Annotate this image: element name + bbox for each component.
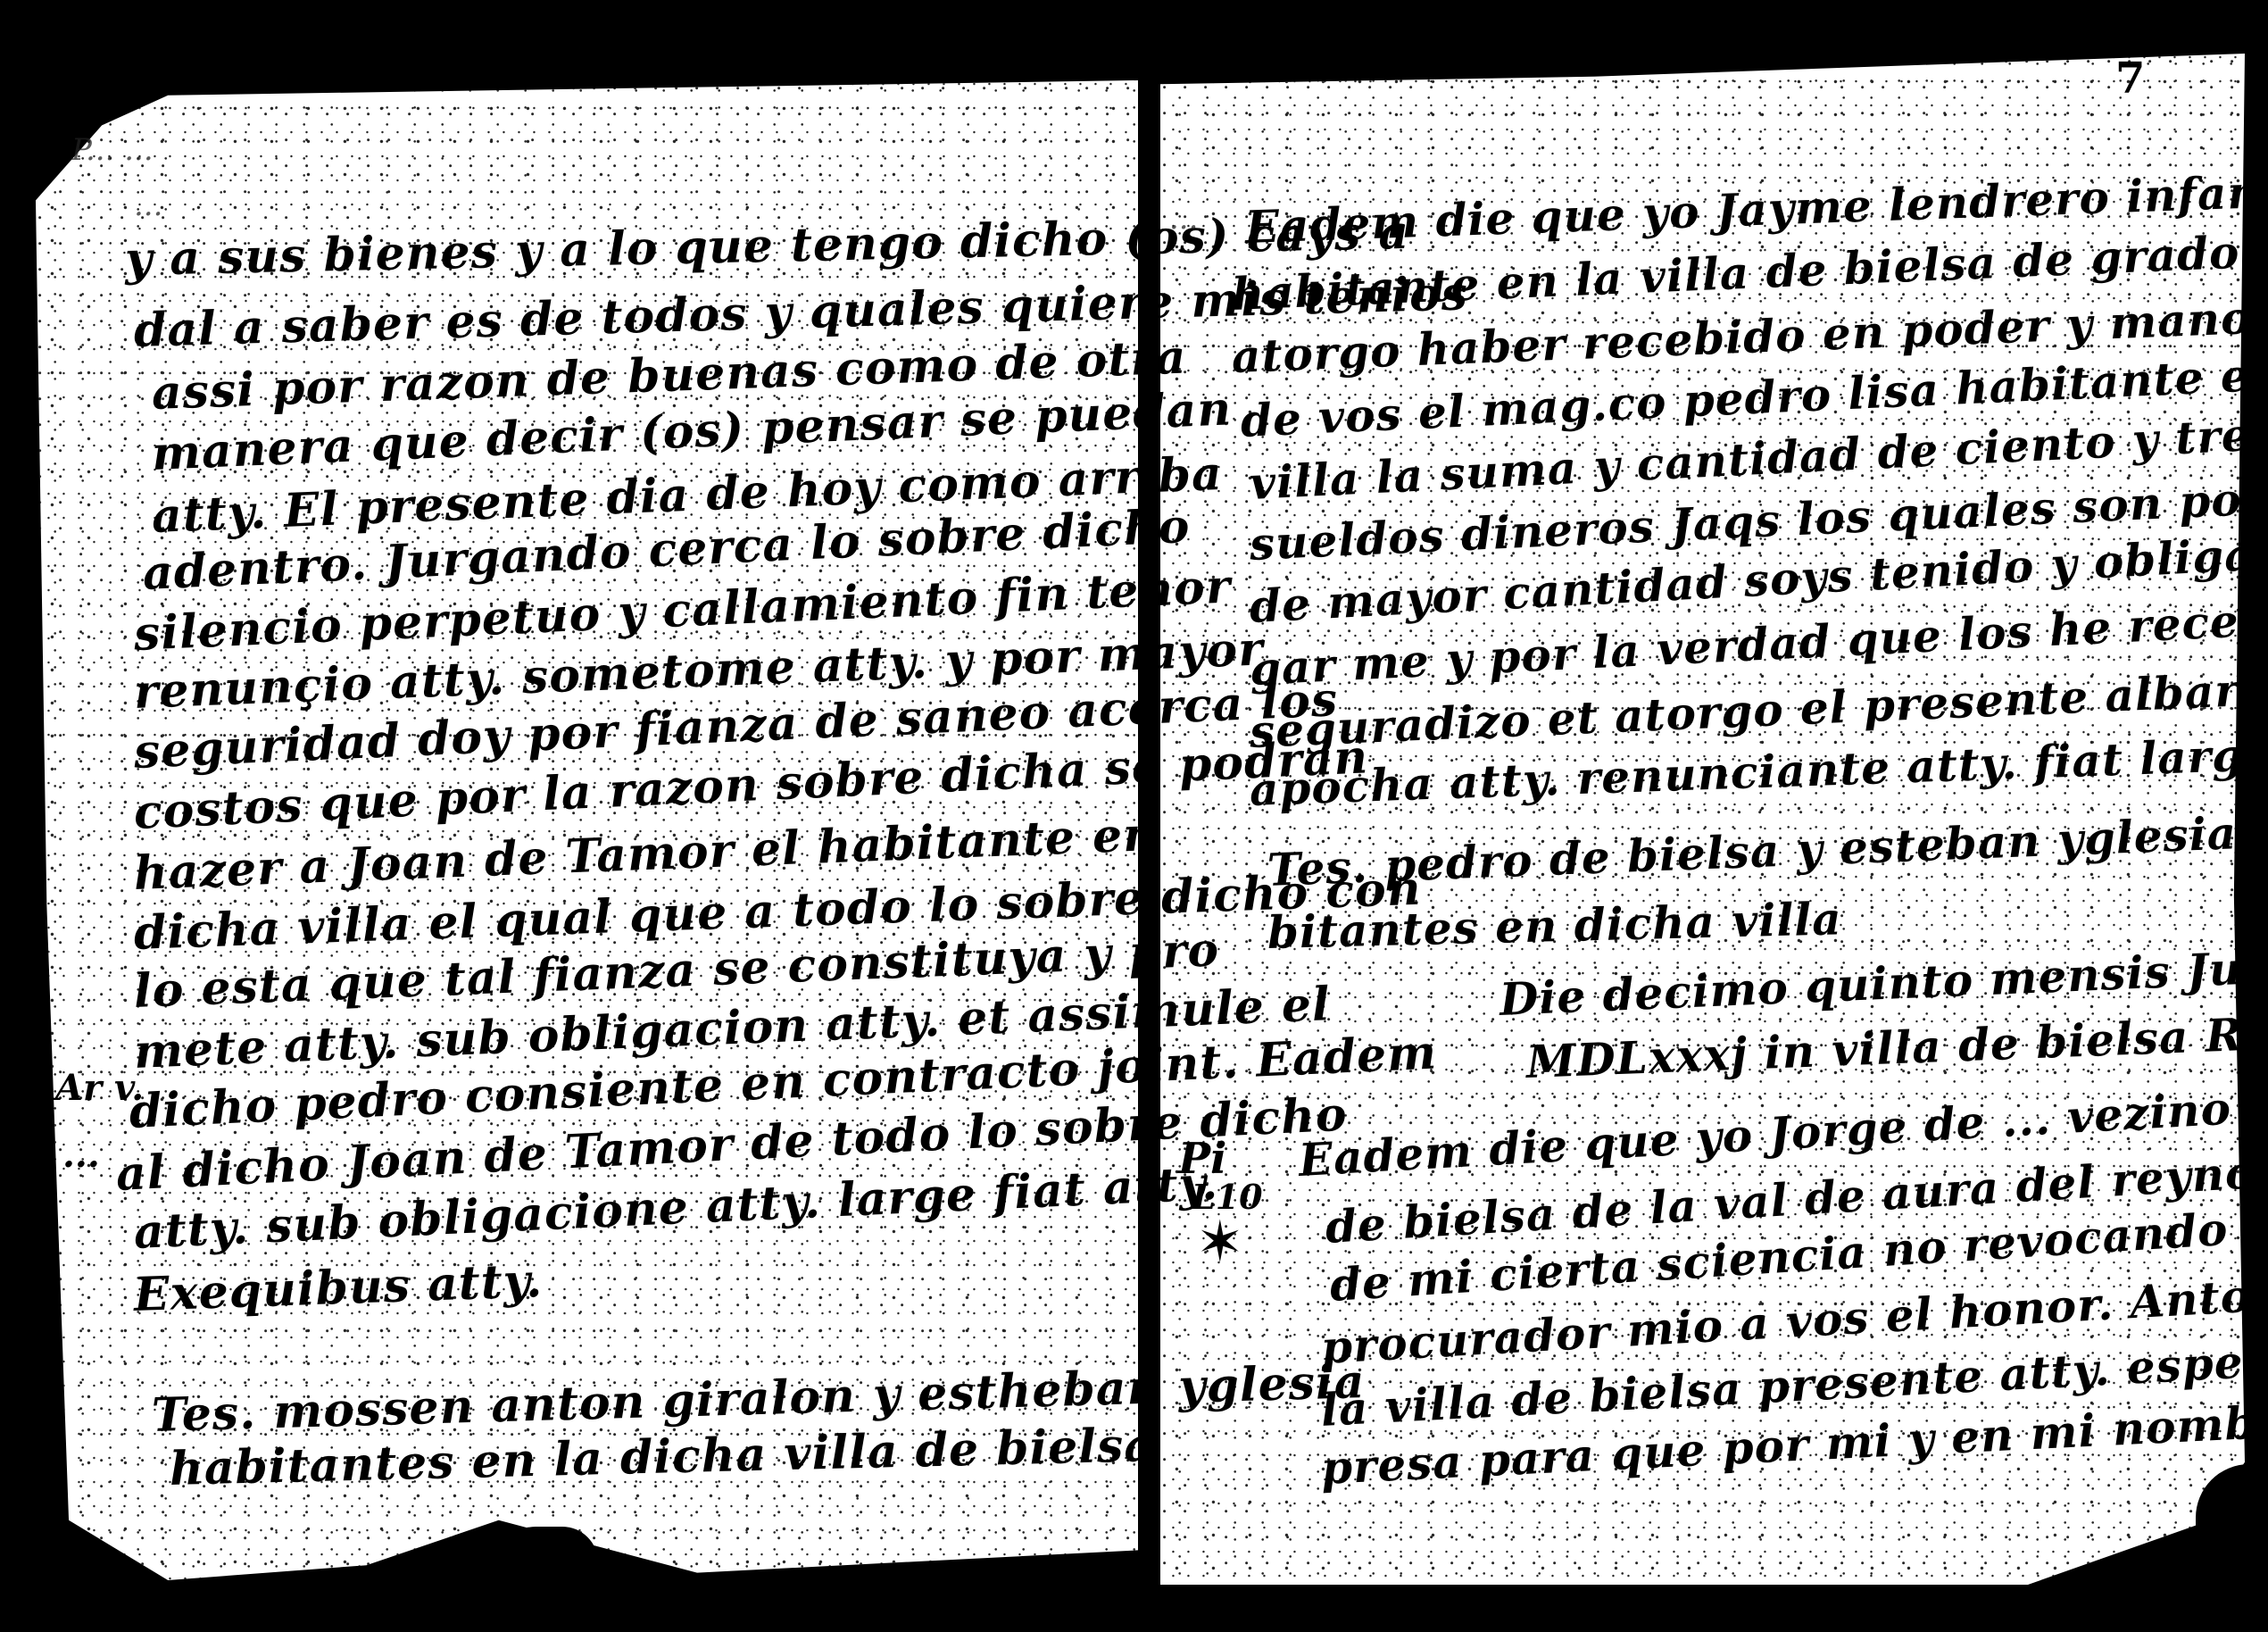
star-icon: ✶ — [1196, 1210, 1244, 1276]
faint-margin-text: ... — [1169, 201, 1198, 237]
page-corner-shadow — [2196, 1464, 2268, 1632]
faint-header-text: ... — [134, 187, 162, 223]
folio-number: 7 — [2115, 54, 2145, 104]
margin-note: ... — [62, 1134, 100, 1176]
faint-header-text: P... ... — [71, 132, 154, 168]
margin-note: Ar v. — [55, 1067, 144, 1109]
page-damage-shadow — [500, 1527, 598, 1632]
